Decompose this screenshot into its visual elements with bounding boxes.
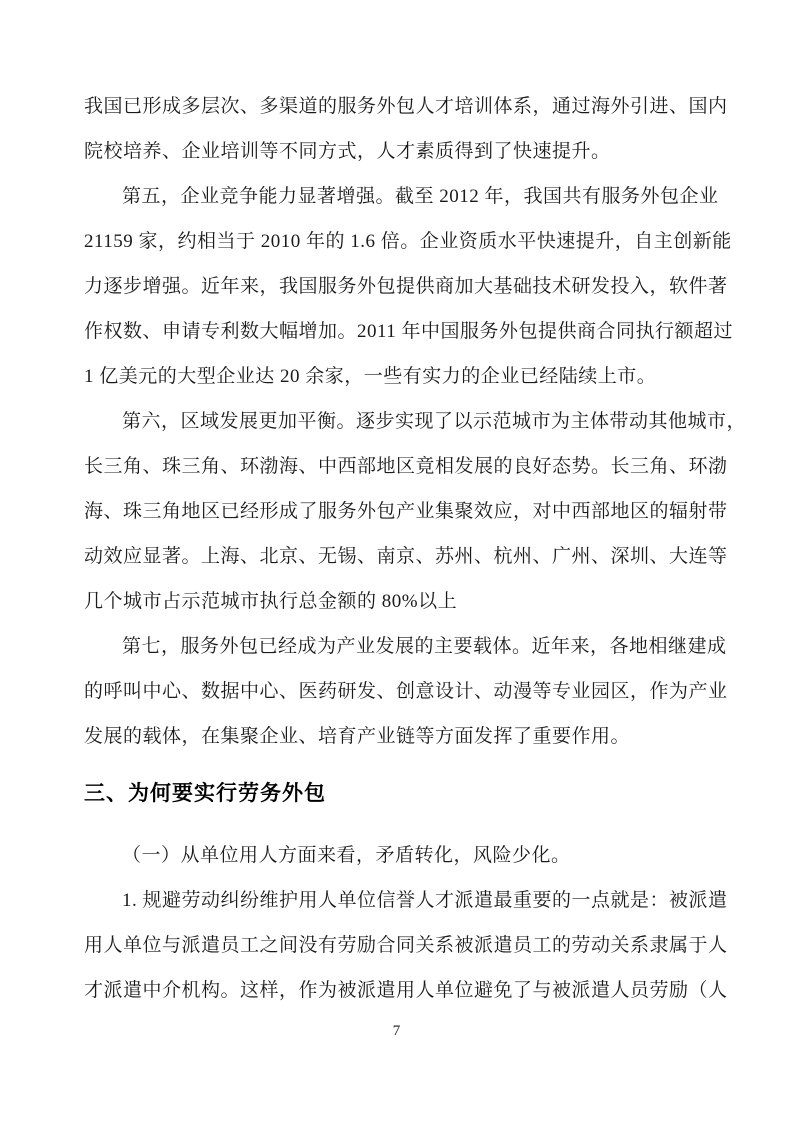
document-body: 我国已形成多层次、多渠道的服务外包人才培训体系，通过海外引进、国内 院校培养、企… xyxy=(84,84,712,1013)
paragraph-line: 长三角、珠三角、环渤海、中西部地区竟相发展的良好态势。长三角、环渤 xyxy=(84,444,712,489)
paragraph-line: （一）从单位用人方面来看，矛盾转化，风险少化。 xyxy=(84,833,712,878)
paragraph-line: 1. 规避劳动纠纷维护用人单位信誉人才派遣最重要的一点就是：被派遣 xyxy=(84,878,712,923)
paragraph-line: 的呼叫中心、数据中心、医药研发、创意设计、动漫等专业园区，作为产业 xyxy=(84,669,712,714)
paragraph-line: 我国已形成多层次、多渠道的服务外包人才培训体系，通过海外引进、国内 xyxy=(84,84,712,129)
section-heading: 三、为何要实行劳务外包 xyxy=(84,771,712,817)
paragraph-line: 动效应显著。上海、北京、无锡、南京、苏州、杭州、广州、深圳、大连等 xyxy=(84,534,712,579)
paragraph-line: 作权数、申请专利数大幅增加。2011 年中国服务外包提供商合同执行额超过 xyxy=(84,309,712,354)
paragraph-line: 才派遣中介机构。这样，作为被派遣用人单位避免了与被派遣人员劳励（人 xyxy=(84,968,712,1013)
paragraph-line: 用人单位与派遣员工之间没有劳励合同关系被派遣员工的劳动关系隶属于人 xyxy=(84,923,712,968)
paragraph-line: 发展的载体，在集聚企业、培育产业链等方面发挥了重要作用。 xyxy=(84,714,712,759)
paragraph-line: 第五，企业竞争能力显著增强。截至 2012 年，我国共有服务外包企业 xyxy=(84,174,712,219)
paragraph-line: 力逐步增强。近年来，我国服务外包提供商加大基础技术研发投入，软件著 xyxy=(84,264,712,309)
paragraph-line: 海、珠三角地区已经形成了服务外包产业集聚效应，对中西部地区的辐射带 xyxy=(84,489,712,534)
paragraph-line: 第七，服务外包已经成为产业发展的主要载体。近年来，各地相继建成 xyxy=(84,624,712,669)
paragraph-line: 第六，区域发展更加平衡。逐步实现了以示范城市为主体带动其他城市， xyxy=(84,399,712,444)
paragraph-subsection-one: （一）从单位用人方面来看，矛盾转化，风险少化。 xyxy=(84,833,712,878)
paragraph-seventh-point: 第七，服务外包已经成为产业发展的主要载体。近年来，各地相继建成 的呼叫中心、数据… xyxy=(84,624,712,759)
page-footer: 7 xyxy=(0,1022,793,1040)
paragraph-line: 21159 家，约相当于 2010 年的 1.6 倍。企业资质水平快速提升，自主… xyxy=(84,219,712,264)
paragraph-item-1: 1. 规避劳动纠纷维护用人单位信誉人才派遣最重要的一点就是：被派遣 用人单位与派… xyxy=(84,878,712,1013)
paragraph-sixth-point: 第六，区域发展更加平衡。逐步实现了以示范城市为主体带动其他城市， 长三角、珠三角… xyxy=(84,399,712,624)
paragraph-line: 几个城市占示范城市执行总金额的 80%以上 xyxy=(84,579,712,624)
paragraph-continuation: 我国已形成多层次、多渠道的服务外包人才培训体系，通过海外引进、国内 院校培养、企… xyxy=(84,84,712,174)
paragraph-fifth-point: 第五，企业竞争能力显著增强。截至 2012 年，我国共有服务外包企业 21159… xyxy=(84,174,712,399)
paragraph-line: 院校培养、企业培训等不同方式，人才素质得到了快速提升。 xyxy=(84,129,712,174)
document-page: 我国已形成多层次、多渠道的服务外包人才培训体系，通过海外引进、国内 院校培养、企… xyxy=(0,0,793,1122)
paragraph-line: 1 亿美元的大型企业达 20 余家，一些有实力的企业已经陆续上市。 xyxy=(84,354,712,399)
page-number: 7 xyxy=(393,1023,401,1039)
